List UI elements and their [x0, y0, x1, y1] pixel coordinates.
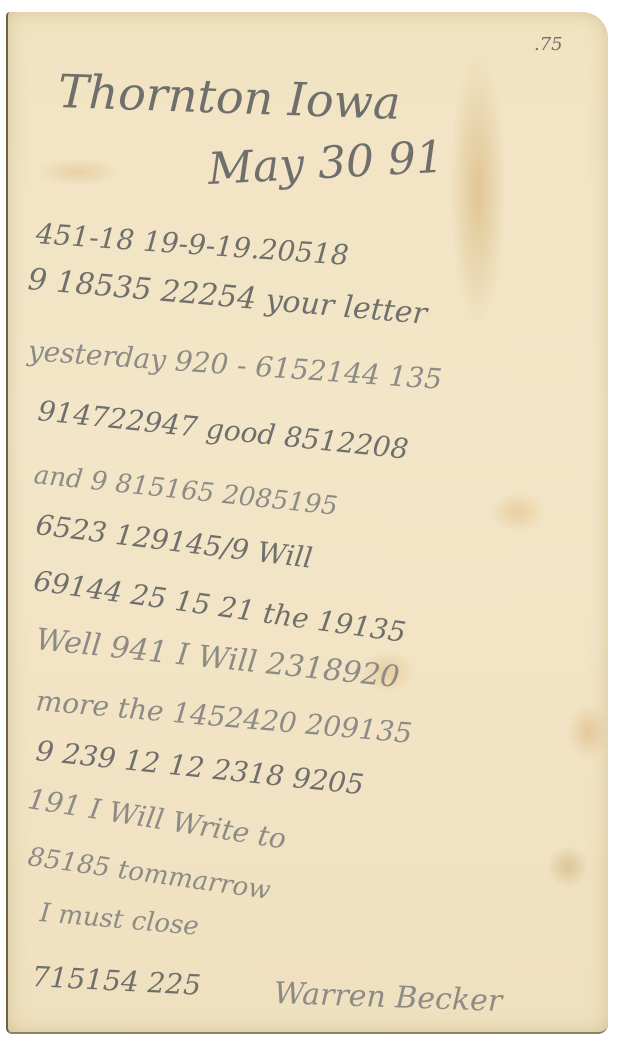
date-heading: May 30 91: [207, 132, 445, 195]
letter-line-3: yesterday 920 - 6152144 135: [27, 334, 443, 396]
price-mark: .75: [534, 34, 563, 55]
letter-line-11: 191 I Will Write to: [25, 782, 288, 855]
letter-line-4: 914722947 good 8512208: [36, 394, 410, 466]
postcard-back: .75 Thornton Iowa May 30 91 451-18 19-9-…: [6, 12, 608, 1034]
letter-line-14: 715154 225: [31, 960, 202, 1002]
signature: Warren Becker: [273, 976, 502, 1019]
letter-line-1: 451-18 19-9-19.20518: [35, 217, 350, 272]
letter-line-13: I must close: [39, 898, 200, 942]
letter-line-12: 85185 tommarrow: [26, 842, 272, 906]
letter-line-6: 6523 129145/9 Will: [34, 508, 314, 575]
place-heading: Thornton Iowa: [57, 64, 401, 130]
letter-line-2: 9 18535 22254 your letter: [26, 262, 428, 332]
